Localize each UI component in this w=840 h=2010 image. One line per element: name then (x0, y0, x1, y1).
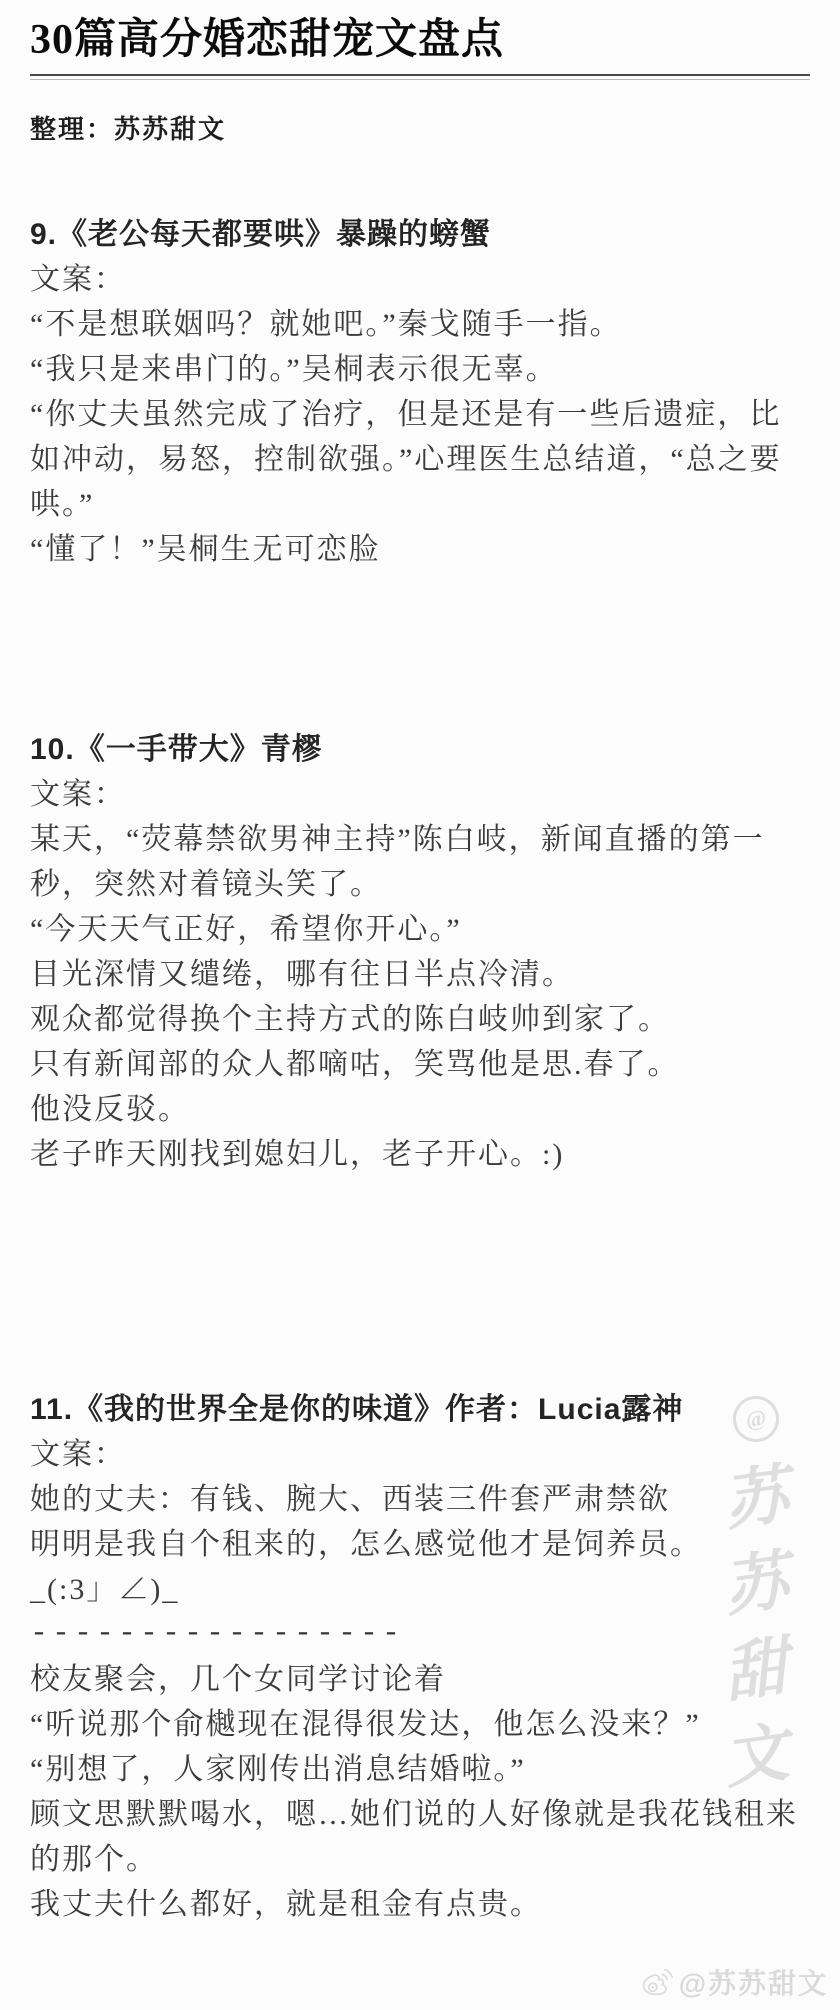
copy-line: 目光深情又缱绻，哪有往日半点冷清。 (30, 952, 810, 997)
document-page: 30篇高分婚恋甜宠文盘点 整理：苏苏甜文 9.《老公每天都要哄》暴躁的螃蟹 文案… (0, 0, 840, 1927)
copy-line: “听说那个俞樾现在混得很发达，他怎么没来？” (30, 1702, 810, 1747)
copy-line: _(:3」∠)_ (30, 1567, 810, 1612)
footer-watermark-text: @苏苏甜文 (679, 1962, 828, 2002)
copy-line: 观众都觉得换个主持方式的陈白岐帅到家了。 (30, 997, 810, 1042)
footer-watermark: @苏苏甜文 (637, 1962, 828, 2002)
copy-line: 她的丈夫：有钱、腕大、西装三件套严肃禁欲 (30, 1477, 810, 1522)
compiler-line: 整理：苏苏甜文 (30, 112, 810, 148)
section-heading: 11.《我的世界全是你的味道》作者：Lucia露神 (30, 1387, 810, 1432)
copy-line: 校友聚会，几个女同学讨论着 (30, 1657, 810, 1702)
copy-line: 某天，“荧幕禁欲男神主持”陈白岐，新闻直播的第一秒，突然对着镜头笑了。 (30, 817, 810, 907)
copy-line: 明明是我自个租来的，怎么感觉他才是饲养员。 (30, 1522, 810, 1567)
copy-line: 他没反驳。 (30, 1087, 810, 1132)
section-heading: 9.《老公每天都要哄》暴躁的螃蟹 (30, 212, 810, 257)
copy-line: 老子昨天刚找到媳妇儿，老子开心。:) (30, 1132, 810, 1177)
copy-line: 我丈夫什么都好，就是租金有点贵。 (30, 1882, 810, 1927)
section-9: 9.《老公每天都要哄》暴躁的螃蟹 文案： “不是想联姻吗？就她吧。”秦戈随手一指… (30, 212, 810, 572)
section-heading: 10.《一手带大》青樛 (30, 727, 810, 772)
copy-label: 文案： (30, 1432, 810, 1477)
section-11: 11.《我的世界全是你的味道》作者：Lucia露神 文案： 她的丈夫：有钱、腕大… (30, 1387, 810, 1927)
copy-line: “别想了，人家刚传出消息结婚啦。” (30, 1747, 810, 1792)
weibo-icon (637, 1967, 673, 1997)
copy-label: 文案： (30, 257, 810, 302)
title-divider (30, 74, 810, 80)
copy-line: “懂了！”吴桐生无可恋脸 (30, 527, 810, 572)
section-10: 10.《一手带大》青樛 文案： 某天，“荧幕禁欲男神主持”陈白岐，新闻直播的第一… (30, 727, 810, 1177)
page-title: 30篇高分婚恋甜宠文盘点 (30, 14, 810, 66)
copy-line: 顾文思默默喝水，嗯…她们说的人好像就是我花钱租来的那个。 (30, 1792, 810, 1882)
copy-line: “你丈夫虽然完成了治疗，但是还是有一些后遗症，比如冲动，易怒，控制欲强。”心理医… (30, 392, 810, 527)
copy-line: 只有新闻部的众人都嘀咕，笑骂他是思.春了。 (30, 1042, 810, 1087)
copy-label: 文案： (30, 772, 810, 817)
dashed-separator-line: ----------------- (30, 1612, 810, 1657)
copy-line: “不是想联姻吗？就她吧。”秦戈随手一指。 (30, 302, 810, 347)
copy-line: “今天天气正好，希望你开心。” (30, 907, 810, 952)
copy-line: “我只是来串门的。”吴桐表示很无辜。 (30, 347, 810, 392)
